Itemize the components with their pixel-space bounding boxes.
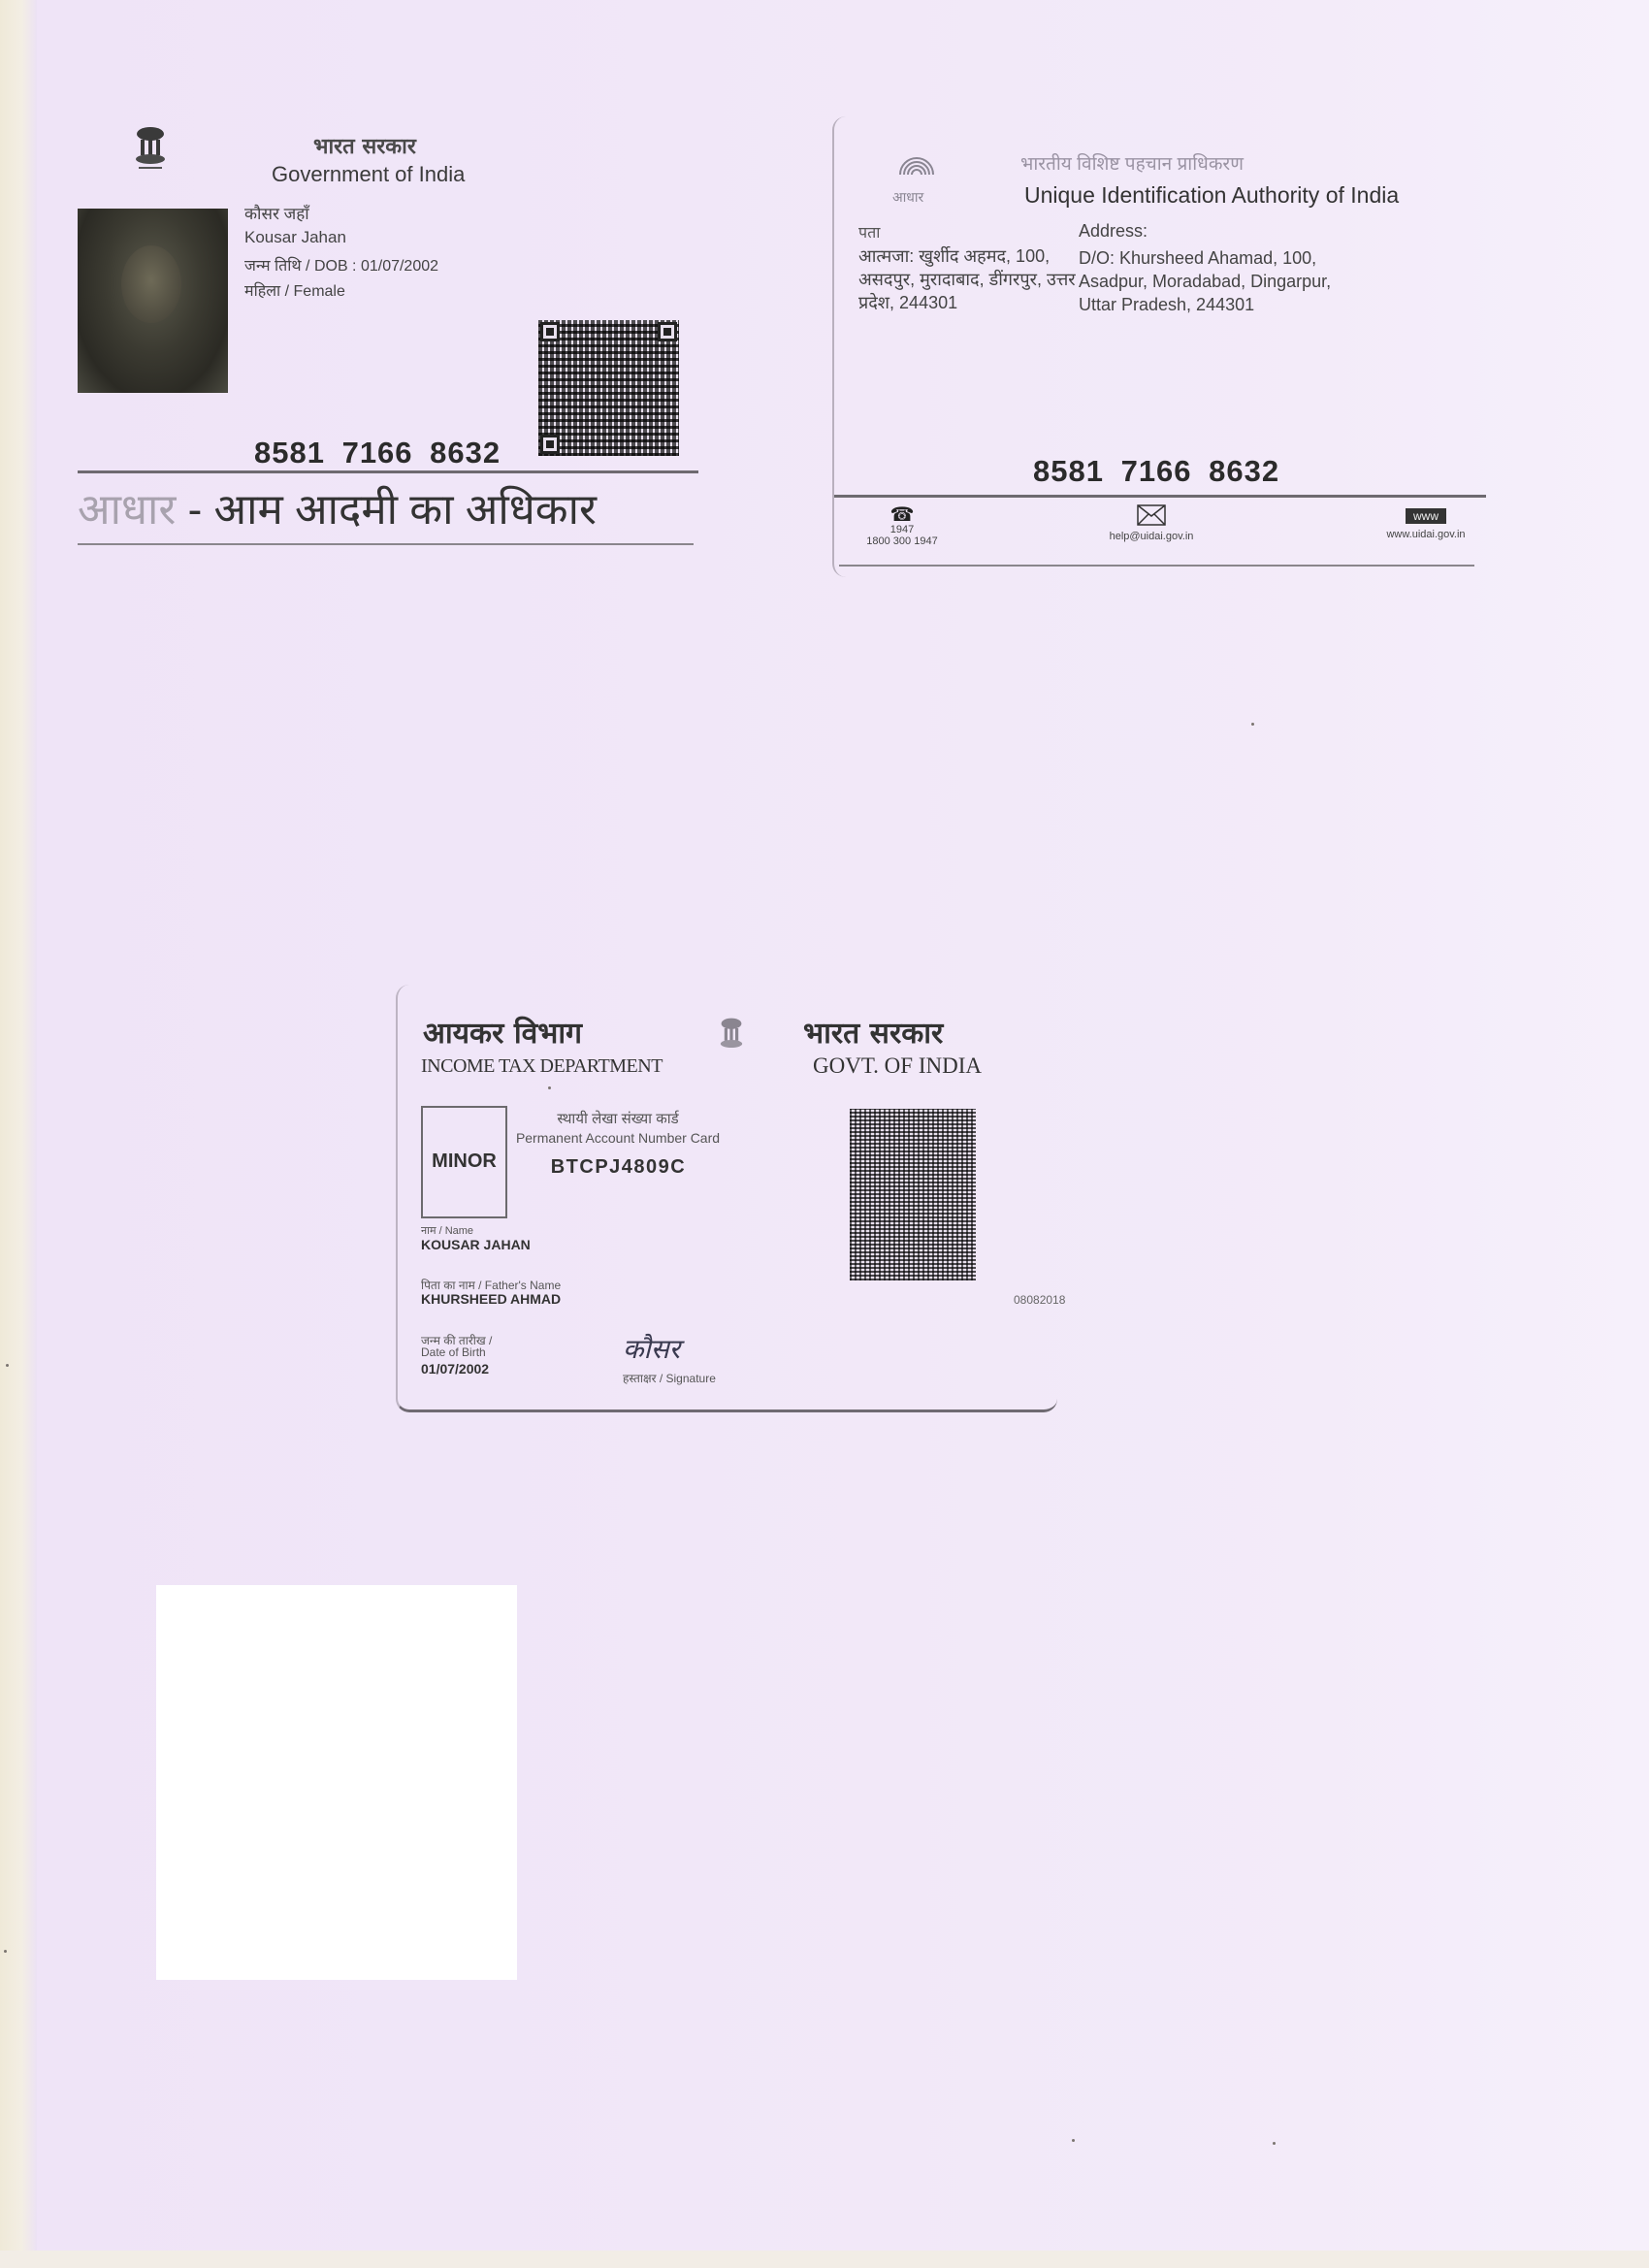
address-english-line: Asadpur, Moradabad, Dingarpur, bbox=[1079, 270, 1331, 293]
holder-gender: महिला / Female bbox=[244, 279, 345, 301]
father-name-value: KHURSHEED AHMAD bbox=[421, 1291, 561, 1307]
card-bottom-edge bbox=[78, 543, 694, 545]
envelope-icon bbox=[1137, 504, 1166, 526]
scan-speck bbox=[6, 1364, 9, 1367]
scan-speck bbox=[1072, 2139, 1075, 2142]
tagline-prefix: आधार bbox=[78, 486, 176, 534]
redaction-box bbox=[156, 1585, 517, 1980]
card-bottom-edge bbox=[839, 565, 1474, 567]
pan-number: BTCPJ4809C bbox=[514, 1156, 723, 1179]
website-contact: www www.uidai.gov.in bbox=[1373, 507, 1479, 540]
authority-english: Unique Identification Authority of India bbox=[1024, 182, 1399, 209]
address-label-english: Address: bbox=[1079, 221, 1148, 242]
gov-hindi-title: भारत सरकार bbox=[313, 131, 416, 160]
dept-hindi: आयकर विभाग bbox=[423, 1012, 582, 1052]
scan-speck bbox=[1273, 2142, 1276, 2145]
scan-speck bbox=[548, 1086, 551, 1089]
national-emblem-icon bbox=[131, 126, 170, 173]
dept-english: INCOME TAX DEPARTMENT bbox=[421, 1055, 663, 1078]
address-english-line: D/O: Khursheed Ahamad, 100, bbox=[1079, 246, 1331, 270]
authority-hindi: भारतीय विशिष्ट पहचान प्राधिकरण bbox=[1020, 150, 1244, 176]
national-emblem-icon bbox=[716, 1012, 747, 1060]
aadhaar-number: 8581 7166 8632 bbox=[254, 436, 501, 470]
phone-contact: ☎ 1947 1800 300 1947 bbox=[863, 506, 941, 547]
address-hindi-line: प्रदेश, 244301 bbox=[858, 291, 1076, 314]
holder-photo bbox=[78, 209, 228, 393]
signature-label: हस्ताक्षर / Signature bbox=[623, 1370, 716, 1386]
signature: कौसर bbox=[623, 1330, 680, 1367]
name-label: नाम / Name bbox=[421, 1223, 473, 1238]
divider bbox=[78, 470, 698, 473]
gov-english: GOVT. OF INDIA bbox=[813, 1053, 982, 1079]
email-address: help@uidai.gov.in bbox=[1088, 531, 1214, 542]
address-hindi-line: आत्मजा: खुर्शीद अहमद, 100, bbox=[858, 244, 1076, 268]
gov-hindi: भारत सरकार bbox=[803, 1012, 943, 1052]
name-value: KOUSAR JAHAN bbox=[421, 1237, 531, 1252]
holder-name-hindi: कौसर जहाँ bbox=[244, 202, 309, 224]
scan-speck bbox=[4, 1950, 7, 1953]
aadhaar-tagline: आधार - आम आदमी का अधिकार bbox=[78, 478, 597, 536]
tagline-rest: - आम आदमी का अधिकार bbox=[176, 486, 597, 534]
dob-value: 01/07/2002 bbox=[421, 1361, 489, 1377]
aadhaar-number-back: 8581 7166 8632 bbox=[1033, 454, 1279, 489]
telephone-icon: ☎ bbox=[863, 506, 941, 524]
address-english-line: Uttar Pradesh, 244301 bbox=[1079, 293, 1331, 316]
address-label-hindi: पता bbox=[858, 221, 880, 243]
address-hindi: आत्मजा: खुर्शीद अहमद, 100, असदपुर, मुराद… bbox=[858, 244, 1076, 314]
scan-left-edge bbox=[0, 0, 37, 2268]
email-contact: help@uidai.gov.in bbox=[1088, 504, 1214, 542]
aadhaar-card-back: आधार भारतीय विशिष्ट पहचान प्राधिकरण Uniq… bbox=[832, 116, 1489, 577]
aadhaar-logo-text: आधार bbox=[892, 188, 923, 207]
aadhaar-fingerprint-logo bbox=[892, 146, 941, 188]
aadhaar-card-front: भारत सरकार Government of India कौसर जहाँ… bbox=[73, 92, 703, 548]
holder-dob: जन्म तिथि / DOB : 01/07/2002 bbox=[244, 254, 438, 275]
holder-name-english: Kousar Jahan bbox=[244, 228, 346, 247]
divider bbox=[834, 495, 1486, 498]
card-title-english: Permanent Account Number Card bbox=[506, 1130, 729, 1146]
card-title-hindi: स्थायी लेखा संख्या कार्ड bbox=[516, 1109, 720, 1128]
address-hindi-line: असदपुर, मुरादाबाद, डींगरपुर, उत्तर bbox=[858, 268, 1076, 291]
qr-code-icon bbox=[850, 1109, 976, 1280]
pan-card: आयकर विभाग INCOME TAX DEPARTMENT भारत सर… bbox=[396, 985, 1057, 1412]
www-icon: www bbox=[1406, 508, 1446, 524]
phone-short: 1947 bbox=[863, 524, 941, 535]
website-url: www.uidai.gov.in bbox=[1373, 529, 1479, 540]
minor-box: MINOR bbox=[421, 1106, 507, 1218]
phone-full: 1800 300 1947 bbox=[863, 535, 941, 547]
qr-code-icon bbox=[538, 320, 679, 456]
scan-speck bbox=[1251, 723, 1254, 726]
dob-label-english: Date of Birth bbox=[421, 1345, 486, 1359]
gov-english-title: Government of India bbox=[272, 162, 465, 187]
issue-code: 08082018 bbox=[1014, 1293, 1065, 1307]
address-english: D/O: Khursheed Ahamad, 100, Asadpur, Mor… bbox=[1079, 246, 1331, 316]
minor-label: MINOR bbox=[423, 1150, 505, 1173]
scan-bottom-edge bbox=[0, 2251, 1649, 2268]
